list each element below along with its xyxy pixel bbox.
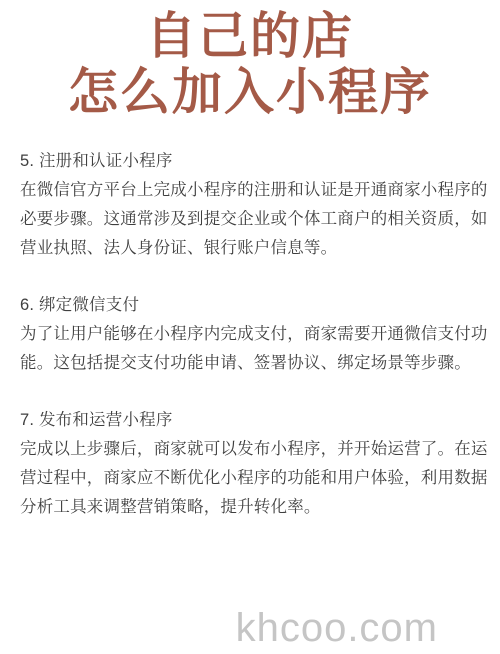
section-register-certify: 5. 注册和认证小程序 在微信官方平台上完成小程序的注册和认证是开通商家小程序的… <box>20 147 492 263</box>
poster-page: 自己的店 怎么加入小程序 5. 注册和认证小程序 在微信官方平台上完成小程序的注… <box>0 0 500 654</box>
section-heading: 7. 发布和运营小程序 <box>20 406 492 435</box>
watermark: khcoo.com <box>236 606 438 650</box>
content-area: 5. 注册和认证小程序 在微信官方平台上完成小程序的注册和认证是开通商家小程序的… <box>0 147 500 522</box>
section-body: 在微信官方平台上完成小程序的注册和认证是开通商家小程序的 必要步骤。这通常涉及到… <box>20 176 492 263</box>
page-title-line-1: 自己的店 <box>0 8 500 64</box>
page-title: 自己的店 怎么加入小程序 <box>0 0 500 120</box>
section-bind-wechat-pay: 6. 绑定微信支付 为了让用户能够在小程序内完成支付，商家需要开通微信支付功 能… <box>20 291 492 378</box>
page-title-line-2: 怎么加入小程序 <box>0 64 500 120</box>
section-publish-operate: 7. 发布和运营小程序 完成以上步骤后，商家就可以发布小程序，并开始运营了。在运… <box>20 406 492 522</box>
section-heading: 6. 绑定微信支付 <box>20 291 492 320</box>
section-body: 完成以上步骤后，商家就可以发布小程序，并开始运营了。在运 营过程中，商家应不断优… <box>20 435 492 522</box>
section-heading: 5. 注册和认证小程序 <box>20 147 492 176</box>
section-body: 为了让用户能够在小程序内完成支付，商家需要开通微信支付功 能。这包括提交支付功能… <box>20 320 492 378</box>
